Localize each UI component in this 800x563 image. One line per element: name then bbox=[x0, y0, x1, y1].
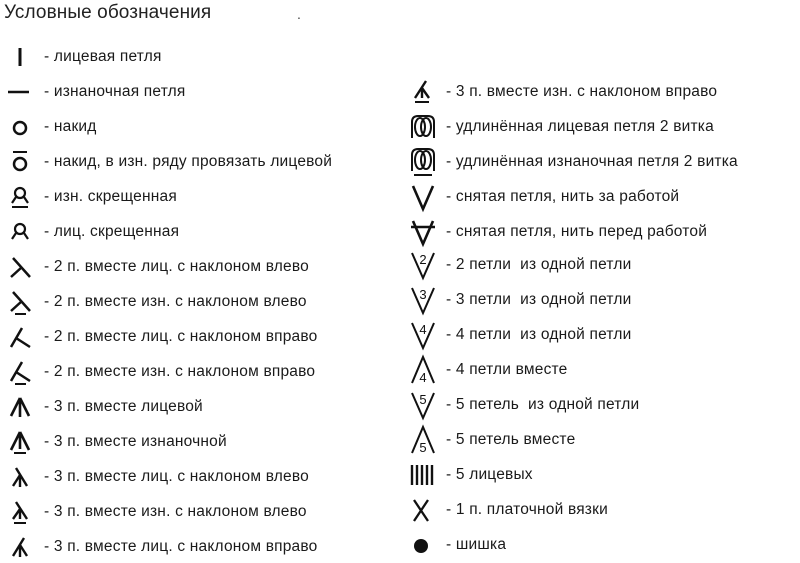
yarn-over-icon bbox=[8, 112, 44, 142]
legend-label: - 5 лицевых bbox=[446, 466, 533, 484]
increase-4-from-1-icon: 4 bbox=[410, 320, 446, 350]
title-mark: . bbox=[297, 6, 301, 22]
legend-label: - 2 п. вместе изн. с наклоном влево bbox=[44, 293, 307, 311]
p3tog-left-icon bbox=[8, 497, 44, 527]
legend-label: - 3 п. вместе изн. с наклоном вправо bbox=[446, 83, 717, 101]
legend-item: - 3 п. вместе изнаночной bbox=[8, 427, 227, 457]
elongated-purl-2-wraps-icon bbox=[410, 147, 446, 177]
legend-label: - 5 петель вместе bbox=[446, 431, 575, 449]
legend-label: - 2 п. вместе лиц. с наклоном влево bbox=[44, 258, 309, 276]
legend-item: - накид bbox=[8, 112, 97, 142]
legend-label: - лиц. скрещенная bbox=[44, 223, 179, 241]
svg-text:4: 4 bbox=[419, 322, 426, 337]
legend-label: - 2 петли из одной петли bbox=[446, 256, 631, 274]
elongated-knit-2-wraps-icon bbox=[410, 112, 446, 142]
legend-item: - 2 п. вместе лиц. с наклоном влево bbox=[8, 252, 309, 282]
k2tog-right-icon bbox=[8, 322, 44, 352]
svg-text:5: 5 bbox=[419, 392, 426, 407]
legend-item: - 3 п. вместе лицевой bbox=[8, 392, 203, 422]
slip-yarn-back-icon bbox=[410, 182, 446, 212]
legend-label: - изн. скрещенная bbox=[44, 188, 177, 206]
legend-label: - удлинённая изнаночная петля 2 витка bbox=[446, 153, 738, 171]
legend-item: - 2 п. вместе изн. с наклоном вправо bbox=[8, 357, 315, 387]
legend-item: - 3 п. вместе лиц. с наклоном влево bbox=[8, 462, 309, 492]
legend-label: - 3 петли из одной петли bbox=[446, 291, 631, 309]
legend-label: - 3 п. вместе лиц. с наклоном вправо bbox=[44, 538, 317, 556]
p3tog-icon bbox=[8, 427, 44, 457]
legend-item: - лиц. скрещенная bbox=[8, 217, 179, 247]
purl-stitch-icon bbox=[8, 77, 44, 107]
legend-item: 3 - 3 петли из одной петли bbox=[410, 285, 631, 315]
svg-text:5: 5 bbox=[419, 440, 426, 455]
legend-label: - накид bbox=[44, 118, 97, 136]
legend-label: - снятая петля, нить перед работой bbox=[446, 223, 707, 241]
bobble-icon bbox=[410, 530, 446, 560]
slip-yarn-front-icon bbox=[410, 217, 446, 247]
legend-label: - 3 п. вместе лицевой bbox=[44, 398, 203, 416]
legend-item: - снятая петля, нить за работой bbox=[410, 182, 679, 212]
legend-item: - лицевая петля bbox=[8, 42, 162, 72]
legend-label: - лицевая петля bbox=[44, 48, 162, 66]
legend-item: - 3 п. вместе лиц. с наклоном вправо bbox=[8, 532, 317, 562]
k3tog-left-icon bbox=[8, 462, 44, 492]
increase-5-from-1-icon: 5 bbox=[410, 390, 446, 420]
legend-item: - 1 п. платочной вязки bbox=[410, 495, 608, 525]
five-knit-icon bbox=[410, 460, 446, 490]
legend-item: - 3 п. вместе изн. с наклоном влево bbox=[8, 497, 307, 527]
legend-item: - 2 п. вместе изн. с наклоном влево bbox=[8, 287, 307, 317]
k2tog-left-icon bbox=[8, 252, 44, 282]
legend-label: - 4 петли вместе bbox=[446, 361, 568, 379]
legend-label: - 3 п. вместе изнаночной bbox=[44, 433, 227, 451]
yarn-over-knit-on-purl-row-icon bbox=[8, 147, 44, 177]
legend-item: - шишка bbox=[410, 530, 506, 560]
legend-item: 5 - 5 петель вместе bbox=[410, 425, 575, 455]
legend-item: - удлинённая лицевая петля 2 витка bbox=[410, 112, 714, 142]
decrease-4-together-icon: 4 bbox=[410, 355, 446, 385]
legend-label: - изнаночная петля bbox=[44, 83, 186, 101]
legend-label: - 2 п. вместе изн. с наклоном вправо bbox=[44, 363, 315, 381]
legend-item: - снятая петля, нить перед работой bbox=[410, 217, 707, 247]
legend-title: Условные обозначения bbox=[4, 2, 211, 24]
legend-item: - изн. скрещенная bbox=[8, 182, 177, 212]
legend-label: - 4 петли из одной петли bbox=[446, 326, 631, 344]
legend-label: - 5 петель из одной петли bbox=[446, 396, 639, 414]
legend-label: - 3 п. вместе изн. с наклоном влево bbox=[44, 503, 307, 521]
legend-label: - 2 п. вместе лиц. с наклоном вправо bbox=[44, 328, 317, 346]
svg-text:4: 4 bbox=[419, 370, 426, 385]
p3tog-right-icon bbox=[410, 77, 446, 107]
legend-item: - удлинённая изнаночная петля 2 витка bbox=[410, 147, 738, 177]
k3tog-right-icon bbox=[8, 532, 44, 562]
p2tog-left-icon bbox=[8, 287, 44, 317]
legend-item: 4 - 4 петли вместе bbox=[410, 355, 568, 385]
svg-text:2: 2 bbox=[419, 252, 426, 267]
garter-stitch-icon bbox=[410, 495, 446, 525]
legend-item: - 3 п. вместе изн. с наклоном вправо bbox=[410, 77, 717, 107]
increase-2-from-1-icon: 2 bbox=[410, 250, 446, 280]
legend-label: - накид, в изн. ряду провязать лицевой bbox=[44, 153, 332, 171]
legend-label: - 1 п. платочной вязки bbox=[446, 501, 608, 519]
legend-item: 5 - 5 петель из одной петли bbox=[410, 390, 639, 420]
legend-item: - 5 лицевых bbox=[410, 460, 533, 490]
svg-text:3: 3 bbox=[419, 287, 426, 302]
legend-item: - изнаночная петля bbox=[8, 77, 186, 107]
knit-stitch-icon bbox=[8, 42, 44, 72]
legend-label: - снятая петля, нить за работой bbox=[446, 188, 679, 206]
decrease-5-together-icon: 5 bbox=[410, 425, 446, 455]
legend-label: - удлинённая лицевая петля 2 витка bbox=[446, 118, 714, 136]
knit-twisted-icon bbox=[8, 217, 44, 247]
legend-item: - 2 п. вместе лиц. с наклоном вправо bbox=[8, 322, 317, 352]
p2tog-right-icon bbox=[8, 357, 44, 387]
legend-label: - шишка bbox=[446, 536, 506, 554]
purl-twisted-icon bbox=[8, 182, 44, 212]
legend-label: - 3 п. вместе лиц. с наклоном влево bbox=[44, 468, 309, 486]
increase-3-from-1-icon: 3 bbox=[410, 285, 446, 315]
legend-item: 2 - 2 петли из одной петли bbox=[410, 250, 631, 280]
legend-item: - накид, в изн. ряду провязать лицевой bbox=[8, 147, 332, 177]
legend-item: 4 - 4 петли из одной петли bbox=[410, 320, 631, 350]
k3tog-icon bbox=[8, 392, 44, 422]
